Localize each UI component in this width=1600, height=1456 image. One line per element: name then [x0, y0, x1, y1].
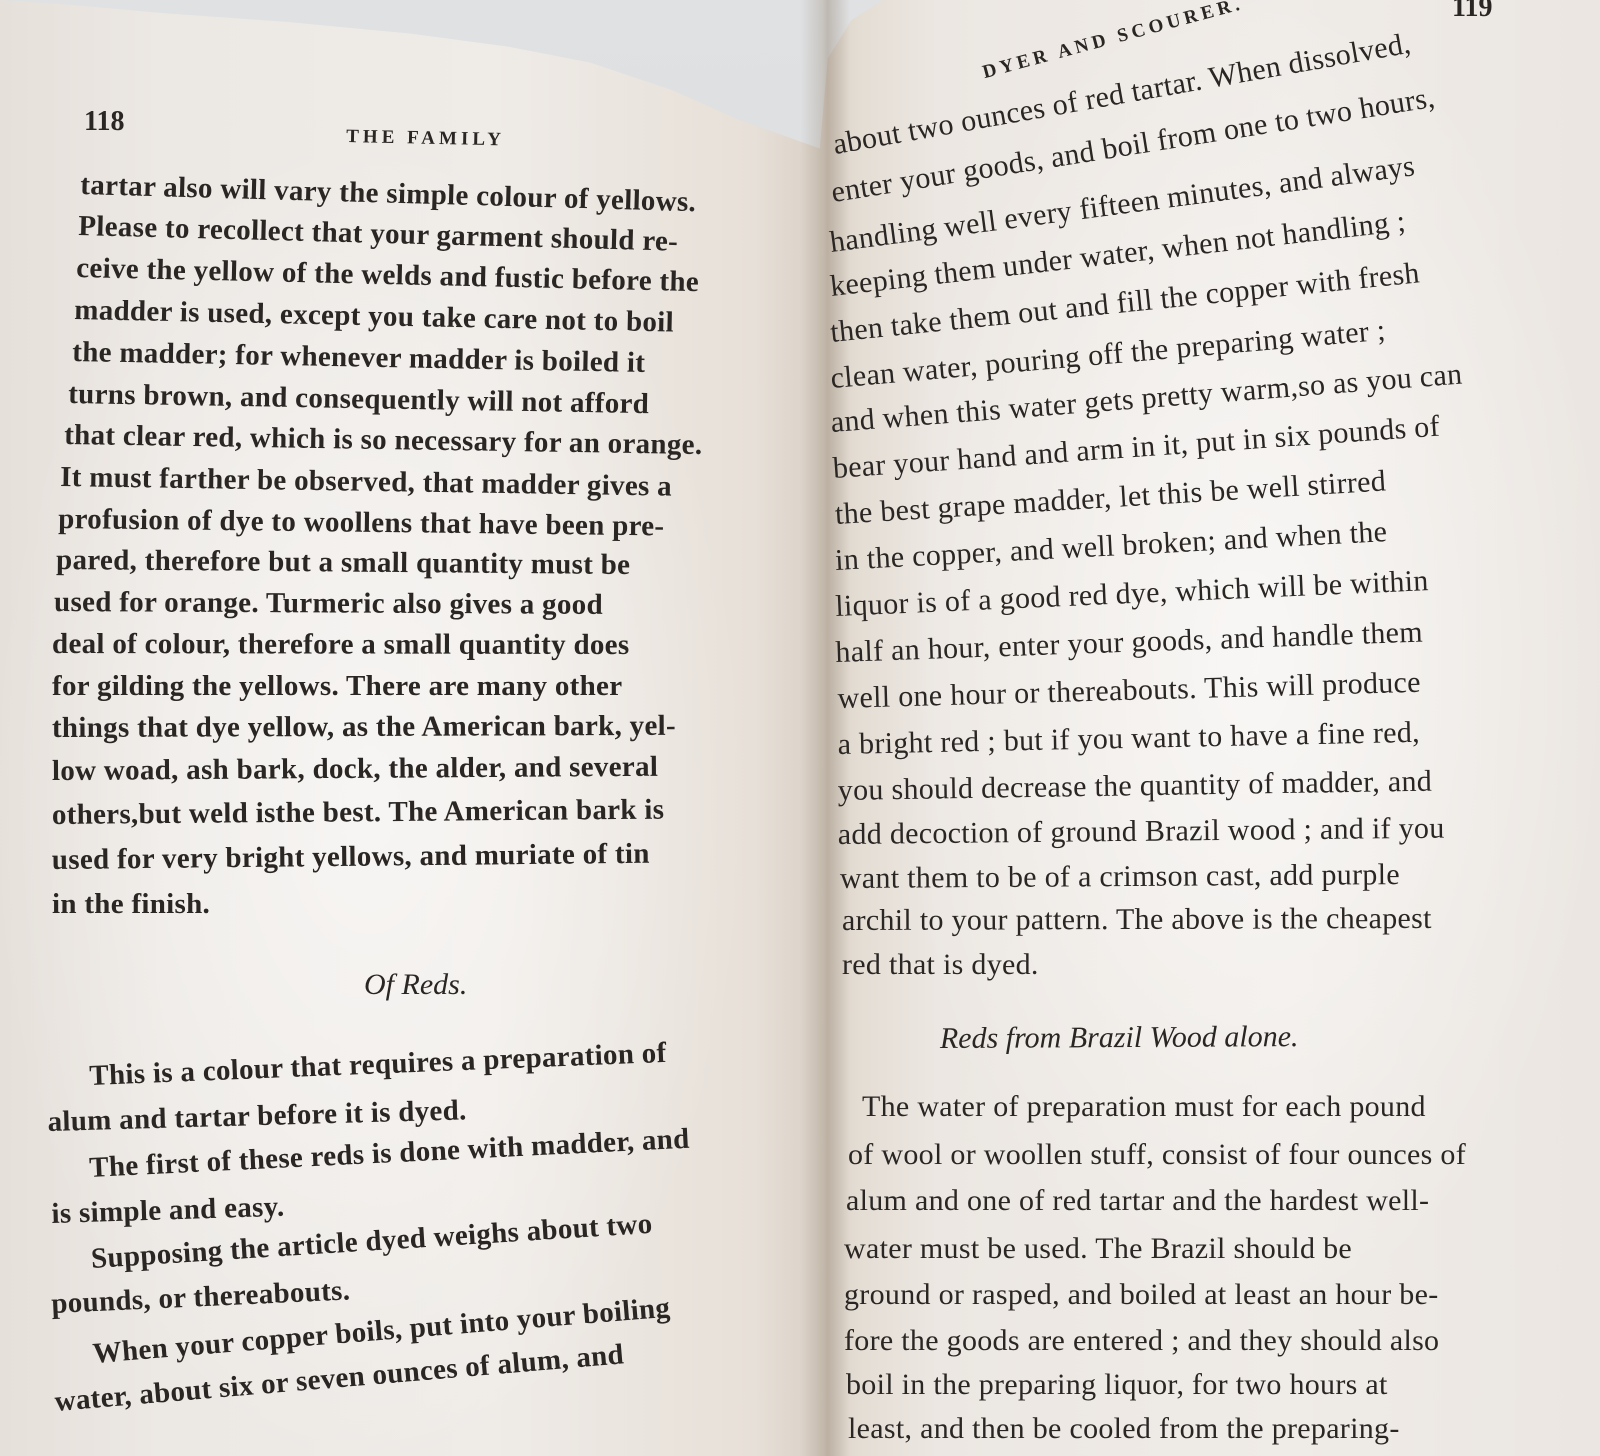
page-number-right: 119 — [1452, 0, 1492, 24]
section-line: water must be used. The Brazil should be — [844, 1234, 1352, 1264]
section-line: of wool or woollen stuff, consist of fou… — [848, 1140, 1466, 1170]
body-line: liquor is of a good red dye, which will … — [835, 566, 1430, 622]
body-line: a bright red ; but if you want to have a… — [837, 718, 1420, 760]
body-line: well one hour or thereabouts. This will … — [837, 668, 1421, 714]
body-line: add decoction of ground Brazil wood ; an… — [838, 814, 1445, 850]
body-line: archil to your pattern. The above is the… — [842, 904, 1432, 936]
section-line: The water of preparation must for each p… — [862, 1092, 1426, 1122]
body-line: you should decrease the quantity of madd… — [838, 767, 1433, 806]
body-line: red that is dyed. — [842, 950, 1039, 980]
section-title-right: Reds from Brazil Wood alone. — [940, 1020, 1299, 1056]
section-line: fore the goods are entered ; and they sh… — [844, 1326, 1439, 1356]
right-page-text: 119 DYER AND SCOURER. about two ounces o… — [0, 0, 1600, 1456]
section-line: least, and then be cooled from the prepa… — [848, 1414, 1400, 1444]
section-line: ground or rasped, and boiled at least an… — [844, 1280, 1439, 1310]
section-line: alum and one of red tartar and the harde… — [846, 1186, 1429, 1216]
body-line: want them to be of a crimson cast, add p… — [840, 860, 1400, 894]
body-line: half an hour, enter your goods, and hand… — [835, 618, 1423, 668]
section-line: boil in the preparing liquor, for two ho… — [846, 1370, 1388, 1400]
